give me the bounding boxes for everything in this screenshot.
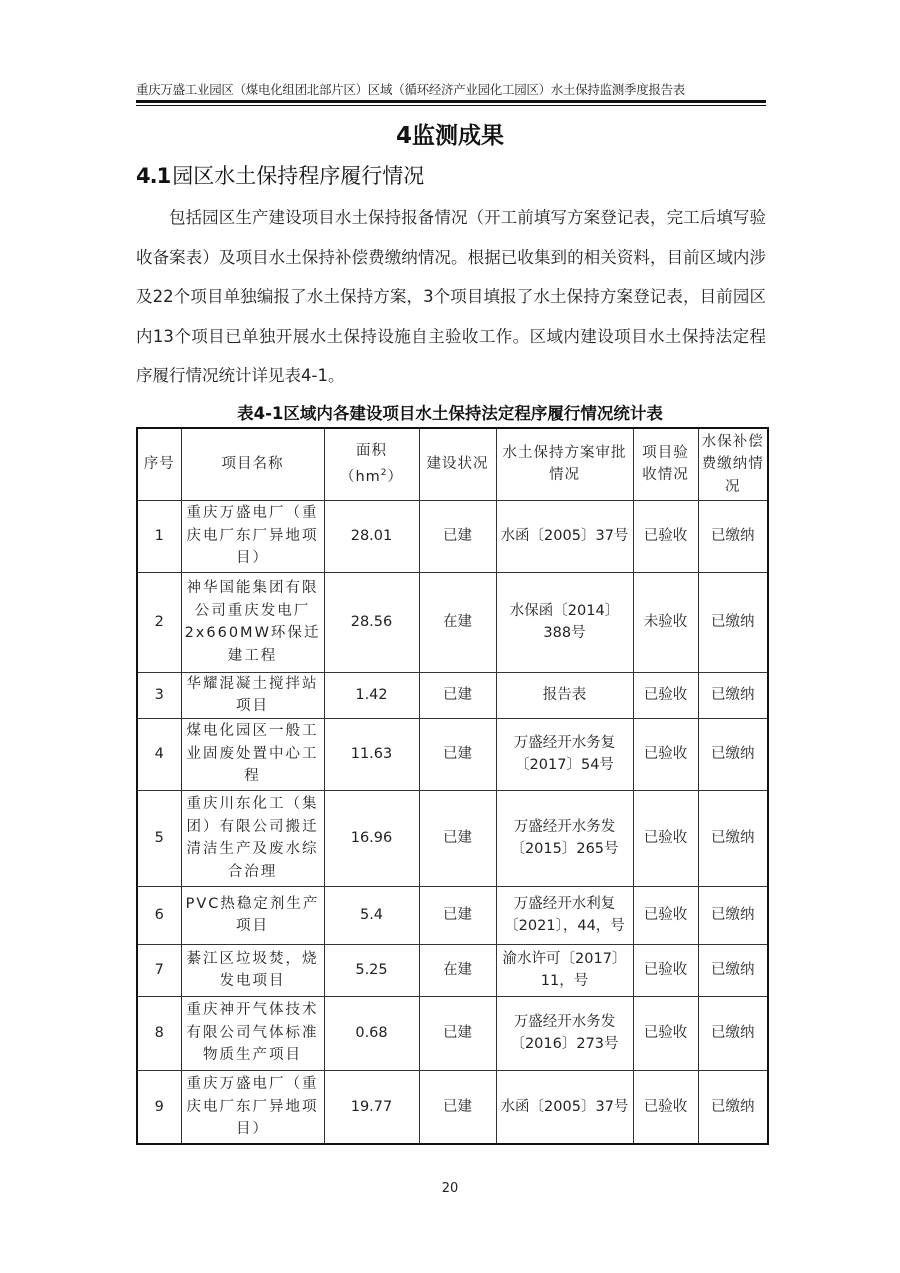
cell-area: 28.56 — [324, 572, 419, 672]
cell-acceptance: 已验收 — [633, 886, 698, 944]
cell-status: 已建 — [419, 1070, 496, 1144]
cell-approval: 万盛经开水务复〔2017〕54号 — [496, 718, 633, 790]
cell-area: 28.01 — [324, 500, 419, 572]
cell-name: 重庆万盛电厂（重庆电厂东厂异地项目） — [181, 500, 324, 572]
cell-area: 1.42 — [324, 672, 419, 718]
cell-acceptance: 已验收 — [633, 996, 698, 1070]
header-fee: 水保补偿费缴纳情况 — [698, 428, 768, 500]
header-area: 面积（hm2） — [324, 428, 419, 500]
cell-fee: 已缴纳 — [698, 944, 768, 996]
table-header-row: 序号 项目名称 面积（hm2） 建设状况 水土保持方案审批情况 项目验收情况 水… — [137, 428, 768, 500]
table-row: 9 重庆万盛电厂（重庆电厂东厂异地项目） 19.77 已建 水函〔2005〕37… — [137, 1070, 768, 1144]
cell-fee: 已缴纳 — [698, 500, 768, 572]
cell-approval: 水保函〔2014〕388号 — [496, 572, 633, 672]
section-heading: 园区水土保持程序履行情况 — [172, 164, 424, 188]
cell-approval: 万盛经开水务发〔2015〕265号 — [496, 790, 633, 886]
cell-fee: 已缴纳 — [698, 790, 768, 886]
cell-acceptance: 已验收 — [633, 718, 698, 790]
header-area-sup: 2 — [381, 468, 388, 478]
cell-area: 11.63 — [324, 718, 419, 790]
cell-status: 已建 — [419, 996, 496, 1070]
cell-approval: 万盛经开水利复〔2021〕，44，号 — [496, 886, 633, 944]
cell-seq: 2 — [137, 572, 181, 672]
cell-seq: 8 — [137, 996, 181, 1070]
table-row: 4 煤电化园区一般工业固废处置中心工程 11.63 已建 万盛经开水务复〔201… — [137, 718, 768, 790]
cell-seq: 1 — [137, 500, 181, 572]
program-compliance-table: 序号 项目名称 面积（hm2） 建设状况 水土保持方案审批情况 项目验收情况 水… — [136, 427, 769, 1145]
table-row: 6 PVC热稳定剂生产项目 5.4 已建 万盛经开水利复〔2021〕，44，号 … — [137, 886, 768, 944]
cell-approval: 报告表 — [496, 672, 633, 718]
cell-approval: 水函〔2005〕37号 — [496, 500, 633, 572]
cell-acceptance: 已验收 — [633, 500, 698, 572]
cell-name: 煤电化园区一般工业固废处置中心工程 — [181, 718, 324, 790]
running-header: 重庆万盛工业园区（煤电化组团北部片区）区域（循环经济产业园化工园区）水土保持监测… — [136, 80, 766, 98]
header-rule-thin — [136, 105, 766, 106]
cell-seq: 5 — [137, 790, 181, 886]
cell-fee: 已缴纳 — [698, 572, 768, 672]
table-row: 7 綦江区垃圾焚，烧发电项目 5.25 在建 渝水许可〔2017〕11，号 已验… — [137, 944, 768, 996]
cell-acceptance: 未验收 — [633, 572, 698, 672]
cell-seq: 3 — [137, 672, 181, 718]
cell-fee: 已缴纳 — [698, 672, 768, 718]
cell-seq: 9 — [137, 1070, 181, 1144]
table-row: 5 重庆川东化工（集团）有限公司搬迁清洁生产及废水综合治理 16.96 已建 万… — [137, 790, 768, 886]
cell-name: PVC热稳定剂生产项目 — [181, 886, 324, 944]
header-area-close: ） — [388, 469, 404, 485]
cell-approval: 万盛经开水务发〔2016〕273号 — [496, 996, 633, 1070]
cell-status: 在建 — [419, 944, 496, 996]
page-number: 20 — [0, 1181, 900, 1196]
table-row: 2 神华国能集团有限公司重庆发电厂2x660MW环保迁建工程 28.56 在建 … — [137, 572, 768, 672]
cell-acceptance: 已验收 — [633, 1070, 698, 1144]
cell-acceptance: 已验收 — [633, 944, 698, 996]
body-paragraph-block: 包括园区生产建设项目水土保持报备情况（开工前填写方案登记表，完工后填写验收备案表… — [136, 198, 766, 396]
table-caption: 表4-1区域内各建设项目水土保持法定程序履行情况统计表 — [0, 400, 900, 424]
chapter-title: 4监测成果 — [0, 117, 900, 150]
section-title: 4.1园区水土保持程序履行情况 — [136, 160, 424, 190]
section-number: 4.1 — [136, 164, 170, 188]
cell-status: 在建 — [419, 572, 496, 672]
cell-name: 綦江区垃圾焚，烧发电项目 — [181, 944, 324, 996]
cell-acceptance: 已验收 — [633, 790, 698, 886]
cell-status: 已建 — [419, 886, 496, 944]
body-paragraph: 包括园区生产建设项目水土保持报备情况（开工前填写方案登记表，完工后填写验收备案表… — [136, 198, 766, 396]
cell-fee: 已缴纳 — [698, 886, 768, 944]
cell-approval: 渝水许可〔2017〕11，号 — [496, 944, 633, 996]
cell-fee: 已缴纳 — [698, 718, 768, 790]
cell-fee: 已缴纳 — [698, 1070, 768, 1144]
header-rule-thick — [136, 100, 766, 103]
cell-name: 重庆神开气体技术有限公司气体标准物质生产项目 — [181, 996, 324, 1070]
header-area-label: 面积（hm — [340, 443, 387, 485]
cell-area: 5.25 — [324, 944, 419, 996]
table-row: 8 重庆神开气体技术有限公司气体标准物质生产项目 0.68 已建 万盛经开水务发… — [137, 996, 768, 1070]
cell-status: 已建 — [419, 790, 496, 886]
cell-fee: 已缴纳 — [698, 996, 768, 1070]
cell-seq: 4 — [137, 718, 181, 790]
cell-name: 重庆万盛电厂（重庆电厂东厂异地项目） — [181, 1070, 324, 1144]
cell-area: 5.4 — [324, 886, 419, 944]
header-status: 建设状况 — [419, 428, 496, 500]
table-row: 3 华耀混凝土搅拌站项目 1.42 已建 报告表 已验收 已缴纳 — [137, 672, 768, 718]
table-row: 1 重庆万盛电厂（重庆电厂东厂异地项目） 28.01 已建 水函〔2005〕37… — [137, 500, 768, 572]
header-acceptance: 项目验收情况 — [633, 428, 698, 500]
cell-status: 已建 — [419, 672, 496, 718]
cell-approval: 水函〔2005〕37号 — [496, 1070, 633, 1144]
cell-area: 0.68 — [324, 996, 419, 1070]
header-name: 项目名称 — [181, 428, 324, 500]
cell-name: 神华国能集团有限公司重庆发电厂2x660MW环保迁建工程 — [181, 572, 324, 672]
header-approval: 水土保持方案审批情况 — [496, 428, 633, 500]
cell-status: 已建 — [419, 718, 496, 790]
cell-seq: 6 — [137, 886, 181, 944]
cell-name: 重庆川东化工（集团）有限公司搬迁清洁生产及废水综合治理 — [181, 790, 324, 886]
cell-area: 19.77 — [324, 1070, 419, 1144]
cell-area: 16.96 — [324, 790, 419, 886]
header-seq: 序号 — [137, 428, 181, 500]
cell-seq: 7 — [137, 944, 181, 996]
cell-status: 已建 — [419, 500, 496, 572]
cell-acceptance: 已验收 — [633, 672, 698, 718]
cell-name: 华耀混凝土搅拌站项目 — [181, 672, 324, 718]
